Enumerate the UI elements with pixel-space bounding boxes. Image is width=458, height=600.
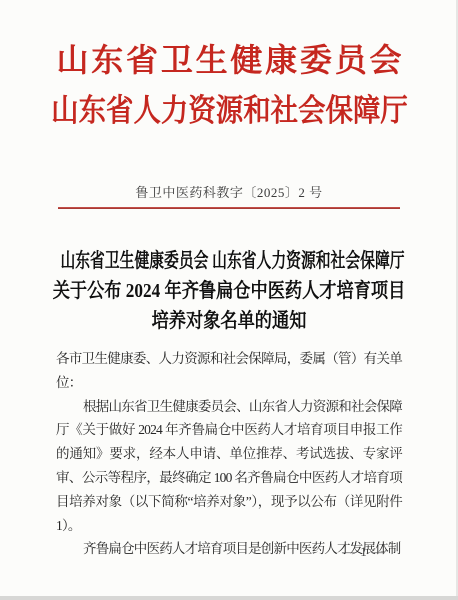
document-title-line1: 山东省卫生健康委员会 山东省人力资源和社会保障厅 xyxy=(60,247,404,275)
letterhead-org-line2-wrap: 山东省人力资源和社会保障厅 xyxy=(0,94,458,128)
red-divider-line xyxy=(58,207,400,209)
page-number: — 1 — xyxy=(342,544,386,560)
document-number: 鲁卫中医药科教字〔2025〕2 号 xyxy=(0,184,458,202)
official-document-page: 山东省卫生健康委员会 山东省人力资源和社会保障厅 鲁卫中医药科教字〔2025〕2… xyxy=(0,0,458,600)
document-title: 山东省卫生健康委员会 山东省人力资源和社会保障厅 关于公布 2024 年齐鲁扁仓… xyxy=(0,247,458,337)
scan-edge-bottom xyxy=(0,596,458,600)
document-body: 各市卫生健康委、人力资源和社会保障局，委属（管）有关单位： 根据山东省卫生健康委… xyxy=(56,347,402,561)
document-title-line3: 培养对象名单的通知 xyxy=(152,307,307,335)
body-paragraph-1: 根据山东省卫生健康委员会、山东省人力资源和社会保障厅《关于做好 2024 年齐鲁… xyxy=(56,395,402,538)
document-title-line1-wrap: 山东省卫生健康委员会 山东省人力资源和社会保障厅 xyxy=(0,247,458,277)
document-title-line2-wrap: 关于公布 2024 年齐鲁扁仓中医药人才培育项目 xyxy=(0,277,458,307)
letterhead-org-line2: 山东省人力资源和社会保障厅 xyxy=(51,94,408,128)
letterhead-org-line1: 山东省卫生健康委员会 xyxy=(57,42,402,78)
document-title-line2: 关于公布 2024 年齐鲁扁仓中医药人才培育项目 xyxy=(53,277,406,305)
document-title-line3-wrap: 培养对象名单的通知 xyxy=(0,307,458,337)
salutation-line: 各市卫生健康委、人力资源和社会保障局，委属（管）有关单位： xyxy=(56,347,402,395)
